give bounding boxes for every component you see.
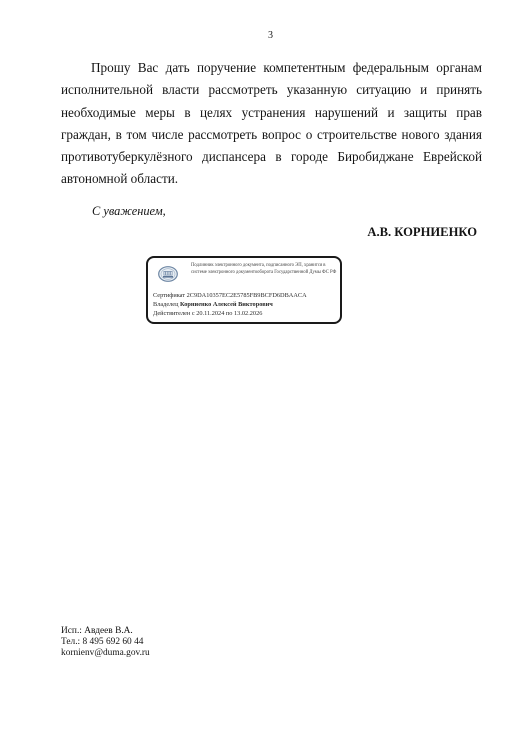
stamp-note: Подлинник электронного документа, подпис… bbox=[191, 262, 337, 276]
certificate-line: Сертификат 2C9DA10357EC2E5785FB9BCFD6DBA… bbox=[153, 291, 307, 300]
body-paragraph: Прошу Вас дать поручение компетентным фе… bbox=[61, 57, 482, 191]
certificate-value: 2C9DA10357EC2E5785FB9BCFD6DBAACA bbox=[187, 292, 307, 299]
executor-name: Исп.: Авдеев В.А. bbox=[61, 626, 150, 637]
valid-from: 20.11.2024 bbox=[196, 310, 224, 317]
owner-label: Владелец bbox=[153, 301, 178, 308]
valid-label: Действителен bbox=[153, 310, 190, 317]
state-duma-emblem-icon bbox=[158, 266, 178, 282]
electronic-signature-stamp: Подлинник электронного документа, подпис… bbox=[146, 256, 342, 324]
validity-line: Действителен с 20.11.2024 по 13.02.2026 bbox=[153, 309, 262, 318]
owner-line: Владелец Корниенко Алексей Викторович bbox=[153, 300, 273, 309]
valid-to-prefix: по bbox=[226, 310, 233, 317]
valid-to: 13.02.2026 bbox=[234, 310, 262, 317]
executor-footer: Исп.: Авдеев В.А. Тел.: 8 495 692 60 44 … bbox=[61, 626, 150, 659]
executor-email: kornienv@duma.gov.ru bbox=[61, 648, 150, 659]
page-number: 3 bbox=[0, 30, 517, 42]
valid-from-prefix: с bbox=[192, 310, 195, 317]
stamp-header: Подлинник электронного документа, подпис… bbox=[148, 262, 340, 290]
signer-name: А.В. КОРНИЕНКО bbox=[367, 224, 477, 240]
owner-value: Корниенко Алексей Викторович bbox=[180, 301, 273, 308]
certificate-label: Сертификат bbox=[153, 292, 185, 299]
executor-phone: Тел.: 8 495 692 60 44 bbox=[61, 637, 150, 648]
closing-salutation: С уважением, bbox=[92, 203, 166, 219]
